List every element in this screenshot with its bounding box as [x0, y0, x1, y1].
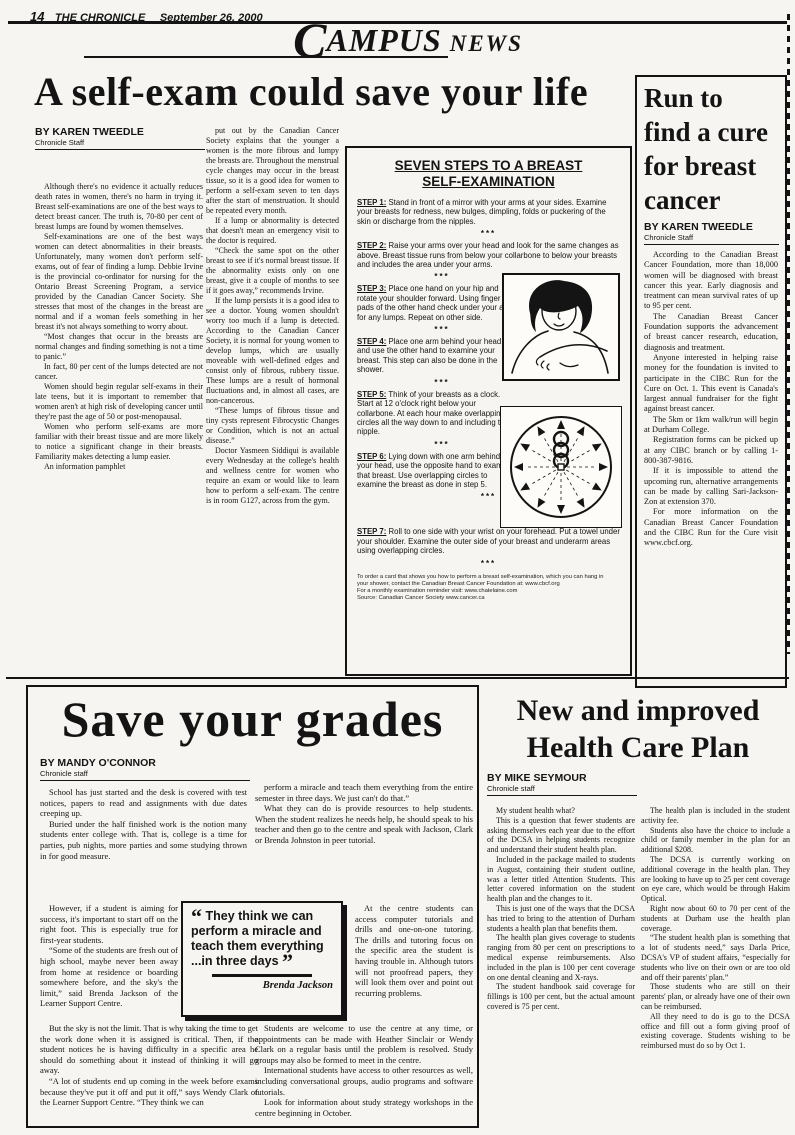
step-5: STEP 5: Think of your breasts as a clock… [357, 390, 515, 437]
paragraph: Look for information about study strateg… [255, 1097, 473, 1118]
run-byline: BY KAREN TWEEDLE Chronicle Staff [644, 221, 779, 245]
paragraph: All they need to do is go to the DCSA of… [641, 1012, 790, 1051]
paragraph: If it is impossible to attend the upcomi… [644, 466, 778, 507]
main-byline-name: BY KAREN TWEEDLE [35, 126, 205, 138]
run-headline: Run to find a cure for breast cancer [644, 81, 778, 217]
self-exam-steps-box: SEVEN STEPS TO A BREAST SELF-EXAMINATION… [345, 146, 632, 676]
main-article-col1: Although there's no evidence it actually… [35, 182, 203, 662]
paragraph: The health plan gives coverage to studen… [487, 933, 635, 982]
paragraph: Anyone interested in helping raise money… [644, 353, 778, 415]
grades-col2-top: perform a miracle and teach them everyth… [255, 782, 473, 901]
section-divider-rule [6, 677, 789, 679]
paragraph: Students are welcome to use the centre a… [255, 1023, 473, 1065]
close-quote-mark: ” [282, 949, 293, 974]
paragraph: For more information on the Canadian Bre… [644, 507, 778, 548]
section-second-word: NEWS [450, 31, 523, 56]
run-byline-role: Chronicle Staff [644, 233, 779, 245]
footnote-line: Source: Canadian Cancer Society www.canc… [357, 595, 620, 602]
step-7: STEP 7: Roll to one side with your wrist… [357, 527, 620, 555]
paragraph: “These lumps of fibrous tissue and tiny … [206, 406, 339, 446]
paragraph: Included in the package mailed to studen… [487, 855, 635, 904]
paragraph: Buried under the half finished work is t… [40, 819, 247, 861]
grades-col1-bottom: But the sky is not the limit. That is wh… [40, 1023, 258, 1123]
paragraph: Students also have the choice to include… [641, 826, 790, 855]
grades-col1-mid: However, if a student is aiming for succ… [40, 903, 178, 1019]
paragraph: This is a question that fewer students a… [487, 816, 635, 855]
grades-byline-role: Chronicle staff [40, 769, 250, 781]
footnote-line: your shower, contact the Canadian Breast… [357, 581, 620, 588]
paragraph: “Some of the students are fresh out of h… [40, 945, 178, 1009]
footnote-line: To order a card that shows you how to pe… [357, 574, 620, 581]
grades-byline: BY MANDY O'CONNOR Chronicle staff [40, 757, 250, 781]
health-headline: New and improved Health Care Plan [487, 692, 789, 766]
run-article-body: According to the Canadian Breast Cancer … [644, 250, 778, 549]
section-title: CAMPUSNEWS [258, 22, 558, 59]
health-col2: The health plan is included in the stude… [641, 806, 790, 1132]
step-6-label: STEP 6: [357, 452, 386, 461]
paragraph: My student health what? [487, 806, 635, 816]
grades-byline-name: BY MANDY O'CONNOR [40, 757, 250, 769]
step-2-label: STEP 2: [357, 241, 386, 250]
health-byline-name: BY MIKE SEYMOUR [487, 772, 637, 784]
paragraph: put out by the Canadian Cancer Society e… [206, 126, 339, 216]
paragraph: The 5km or 1km walk/run will begin at Du… [644, 415, 778, 436]
step-3-label: STEP 3: [357, 284, 386, 293]
pull-quote-text: “ They think we can perform a miracle an… [191, 909, 333, 969]
newspaper-page: 14 THE CHRONICLE September 26, 2000 CAMP… [0, 0, 795, 1135]
section-underline [84, 56, 448, 58]
step-7-text: Roll to one side with your wrist on your… [357, 527, 620, 555]
woman-self-exam-illustration [502, 273, 620, 381]
step-1-text: Stand in front of a mirror with your arm… [357, 198, 606, 226]
grades-article-box: Save your grades BY MANDY O'CONNOR Chron… [26, 685, 479, 1128]
health-col1: My student health what? This is a questi… [487, 806, 635, 1132]
grades-headline: Save your grades [28, 690, 477, 748]
paragraph: Doctor Yasmeen Siddiqui is available eve… [206, 446, 339, 506]
clock-pattern-illustration [500, 406, 622, 528]
paragraph: What they can do is provide resources to… [255, 803, 473, 845]
health-byline: BY MIKE SEYMOUR Chronicle staff [487, 772, 637, 796]
health-byline-role: Chronicle staff [487, 784, 637, 796]
separator: *** [357, 229, 620, 238]
run-byline-name: BY KAREN TWEEDLE [644, 221, 779, 233]
paragraph: The Canadian Breast Cancer Foundation su… [644, 312, 778, 353]
paragraph: The DCSA is currently working on additio… [641, 855, 790, 904]
step-1-label: STEP 1: [357, 198, 386, 207]
paragraph: But the sky is not the limit. That is wh… [40, 1023, 258, 1076]
steps-title-line1: SEVEN STEPS TO A BREAST [357, 158, 620, 174]
step-6: STEP 6: Lying down with one arm behind y… [357, 452, 515, 490]
grades-col2-mid: At the centre students can access comput… [355, 903, 473, 1019]
paragraph: “A lot of students end up coming in the … [40, 1076, 258, 1108]
pull-quote-rule [212, 974, 311, 977]
run-for-cure-article: Run to find a cure for breast cancer BY … [635, 75, 787, 688]
paragraph: Although there's no evidence it actually… [35, 182, 203, 232]
pull-quote-box: “ They think we can perform a miracle an… [181, 901, 343, 1017]
section-initial: C [293, 12, 326, 68]
paragraph: Self-examinations are one of the best wa… [35, 232, 203, 332]
paragraph: International students have access to ot… [255, 1065, 473, 1097]
grades-col1-top: School has just started and the desk is … [40, 787, 247, 901]
main-article-col2: put out by the Canadian Cancer Society e… [206, 126, 339, 662]
step-5-label: STEP 5: [357, 390, 386, 399]
grades-col2-bottom: Students are welcome to use the centre a… [255, 1023, 473, 1123]
paragraph: School has just started and the desk is … [40, 787, 247, 819]
steps-footnote: To order a card that shows you how to pe… [357, 574, 620, 603]
step-2: STEP 2: Raise your arms over your head a… [357, 241, 620, 269]
paragraph: However, if a student is aiming for succ… [40, 903, 178, 945]
paragraph: “Check the same spot on the other breast… [206, 246, 339, 296]
paragraph: Women should begin regular self-exams in… [35, 382, 203, 422]
paragraph: Women who perform self-exams are more fa… [35, 422, 203, 462]
paragraph: The student handbook said coverage for f… [487, 982, 635, 1011]
step-4-label: STEP 4: [357, 337, 386, 346]
step-7-label: STEP 7: [357, 527, 386, 536]
paragraph: The health plan is included in the stude… [641, 806, 790, 826]
footnote-line: For a monthly examination reminder visit… [357, 588, 620, 595]
paragraph: An information pamphlet [35, 462, 203, 472]
pull-quote-attribution: Brenda Jackson [191, 980, 333, 991]
paragraph: According to the Canadian Breast Cancer … [644, 250, 778, 312]
paragraph: In fact, 80 per cent of the lumps detect… [35, 362, 203, 382]
paragraph: This is just one of the ways that the DC… [487, 904, 635, 933]
paragraph: At the centre students can access comput… [355, 903, 473, 998]
paragraph: Those students who are still on their pa… [641, 982, 790, 1011]
paragraph: Registration forms can be picked up at a… [644, 435, 778, 466]
paragraph: perform a miracle and teach them everyth… [255, 782, 473, 803]
section-rest: AMPUS [326, 22, 441, 58]
step-1: STEP 1: Stand in front of a mirror with … [357, 198, 620, 226]
step-3: STEP 3: Place one hand on your hip and r… [357, 284, 515, 322]
main-byline-role: Chronicle Staff [35, 138, 205, 150]
steps-title-line2: SELF-EXAMINATION [357, 174, 620, 190]
scan-artifact-strip [787, 14, 790, 654]
main-headline: A self-exam could save your life [34, 68, 634, 115]
paragraph: If the lump persists it is a good idea t… [206, 296, 339, 406]
paragraph: “The student health plan is something th… [641, 933, 790, 982]
main-byline: BY KAREN TWEEDLE Chronicle Staff [35, 126, 205, 150]
separator: *** [357, 559, 620, 568]
step-4: STEP 4: Place one arm behind your head a… [357, 337, 515, 375]
paragraph: Right now about 60 to 70 per cent of the… [641, 904, 790, 933]
paragraph: “Most changes that occur in the breasts … [35, 332, 203, 362]
paragraph: If a lump or abnormality is detected tha… [206, 216, 339, 246]
step-2-text: Raise your arms over your head and look … [357, 241, 619, 269]
